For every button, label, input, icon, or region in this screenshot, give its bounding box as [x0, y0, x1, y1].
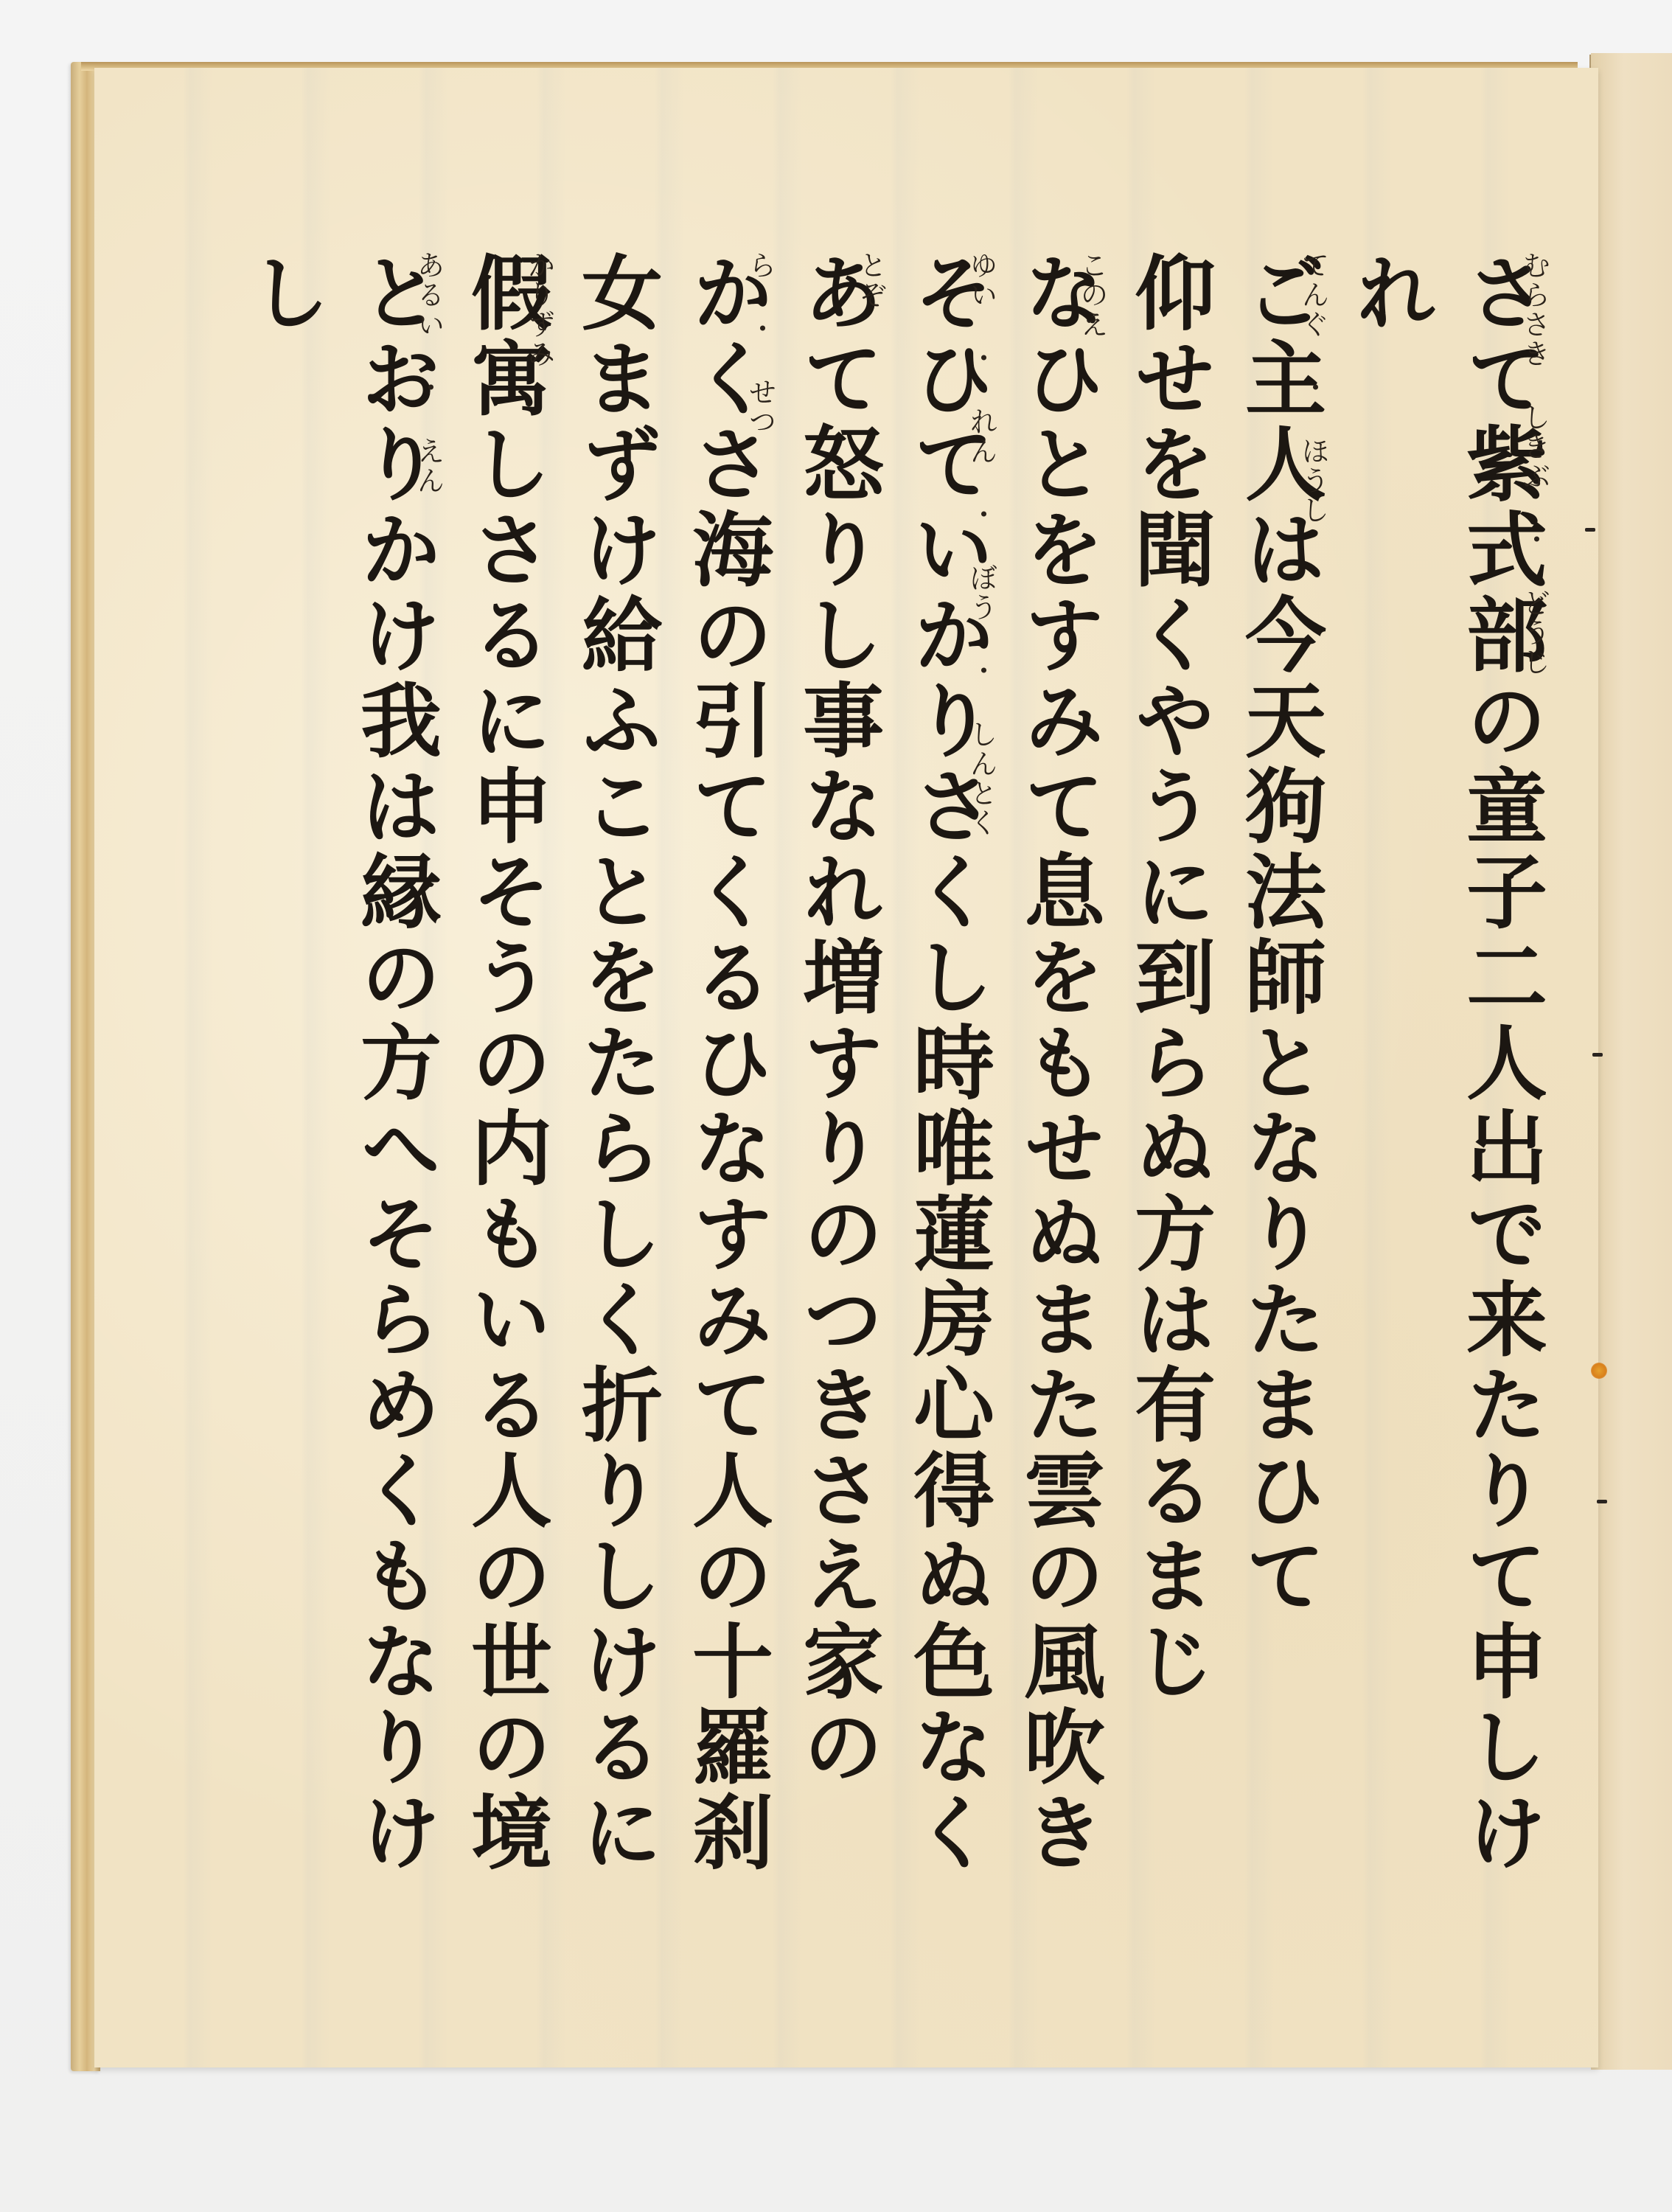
column-text: 仰せを聞くやうに到らぬ方は有るまじ	[1121, 251, 1216, 1705]
furigana-gloss: とぞ	[815, 251, 926, 310]
text-column-6: あて怒りし事なれ増すりのつきさえ家の とぞ	[781, 251, 892, 1932]
furigana-gloss: あるい ・ えん	[373, 251, 484, 495]
column-text: あて怒りし事なれ増すりのつきさえ家の	[790, 251, 885, 1790]
binding-hole	[1585, 528, 1595, 532]
text-column-3: 仰せを聞くやうに到らぬ方は有るまじ	[1113, 251, 1224, 1932]
furigana-gloss: ゆい ・ れん ・ ぼう ・ しんとく	[926, 251, 1037, 838]
furigana-gloss: ら ・ せつ	[705, 251, 815, 437]
text-column-7: かくさ海の引てくるひなすみて人の十羅刹 ら ・ せつ	[671, 251, 781, 1932]
facing-page	[1591, 53, 1672, 2070]
furigana-gloss: むらさき しきぶ ・ どうじ	[1479, 251, 1589, 677]
text-column-5: そひていかりさくし時唯蓮房心得ぬ色なく ゆい ・ れん ・ ぼう ・ しんとく	[892, 251, 1003, 1932]
binding-hole	[1597, 1500, 1607, 1503]
text-column-8: 女まずけ給ふことをたらしく折りしけるに	[560, 251, 671, 1932]
furigana-gloss: このえ	[1037, 251, 1147, 339]
furigana-gloss: てんぐ ・ ほうし	[1258, 251, 1368, 525]
furigana-gloss: かりずみ	[484, 251, 594, 369]
manuscript-text-block: さて紫式部の童子二人出で来たりて申しけれ むらさき しきぶ ・ どうじ ご主人は…	[243, 251, 1556, 1932]
text-column-2: ご主人は今天狗法師となりたまひて てんぐ ・ ほうし	[1224, 251, 1334, 1932]
paper-stain	[1591, 1363, 1607, 1379]
column-text: かくさ海の引てくるひなすみて人の十羅刹	[679, 251, 774, 1876]
binding-hole	[1592, 1053, 1603, 1057]
text-column-9: 假寓しさるに申そうの内もいる人の世の境 かりずみ	[450, 251, 560, 1932]
text-column-10: とおりかけ我は縁の方へそらめくもなりけし あるい ・ えん	[229, 251, 450, 1932]
column-text: 女まずけ給ふことをたらしく折りしけるに	[568, 251, 663, 1876]
